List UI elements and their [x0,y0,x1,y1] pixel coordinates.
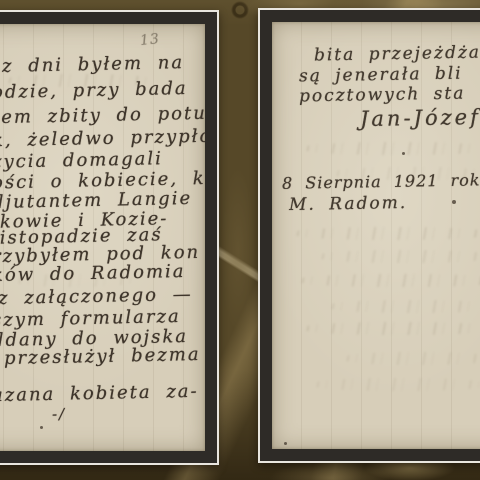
scan-right-page[interactable]: bita przejeżdża są jenerała bli pocztowy… [258,8,480,463]
ink-speck [402,152,405,155]
bleedthrough [302,142,480,155]
handwritten-place: M. Radom. [289,195,407,214]
handwritten-line: k, żeledwo przypło [0,128,205,151]
bleedthrough [317,250,480,263]
handwritten-line: z załączonego — [0,286,193,308]
pencil-page-number: 13 [139,31,160,49]
bleedthrough [327,300,480,313]
bleedthrough [297,274,480,287]
handwritten-end-mark: -/ [52,407,66,422]
handwritten-signature: Jan-Józef [360,107,480,130]
handwritten-date: 8 Sierpnia 1921 roku [282,172,480,192]
right-page-paper: bita przejeżdża są jenerała bli pocztowy… [272,22,480,449]
handwritten-line: z dni byłem na [2,54,184,76]
handwritten-line: azana kobieta za- [0,383,199,405]
ink-speck [40,426,43,429]
handwritten-line: tem zbity do potu [0,105,205,127]
bleedthrough [312,378,480,391]
handwritten-line: pocztowych sta [299,86,466,106]
scan-left-page[interactable]: 13 z dni byłem na odzie, przy bada tem z… [0,10,219,465]
bleedthrough [302,322,480,335]
ink-speck [452,200,456,204]
bleedthrough [292,227,480,240]
handwritten-line: ków do Radomia [0,263,186,285]
handwritten-line: bita przejeżdża [314,45,480,65]
handwritten-line: przesłużył bezma [4,346,201,368]
ink-speck [284,442,287,445]
handwritten-line: odzie, przy bada [0,80,188,102]
handwritten-line: są jenerała bli [299,66,463,86]
left-page-paper: 13 z dni byłem na odzie, przy bada tem z… [0,24,205,451]
bleedthrough [342,352,480,365]
